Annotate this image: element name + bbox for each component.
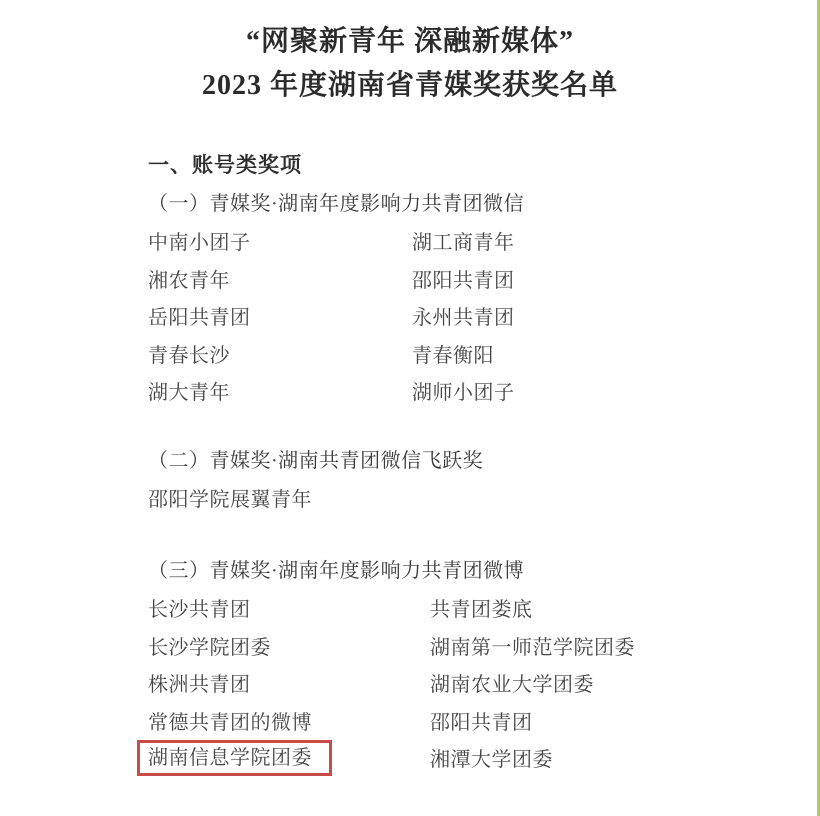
winner-name: 湘农青年 — [148, 264, 412, 293]
winner-name: 岳阳共青团 — [148, 301, 412, 330]
award-document-page: “网聚新青年 深融新媒体” 2023 年度湖南省青媒奖获奖名单 一、账号类奖项 … — [0, 0, 820, 816]
winner-row: 湖南信息学院团委 湘潭大学团委 — [148, 739, 820, 777]
winner-name: 湖大青年 — [148, 376, 412, 405]
winner-row: 岳阳共青团 永州共青团 — [148, 297, 820, 335]
winner-name: 共青团娄底 — [430, 593, 820, 622]
winner-row: 长沙学院团委 湖南第一师范学院团委 — [148, 627, 820, 665]
title-line-2: 2023 年度湖南省青媒奖获奖名单 — [0, 64, 820, 108]
winner-row: 株洲共青团 湖南农业大学团委 — [148, 664, 820, 702]
winner-cell-highlighted: 湖南信息学院团委 — [148, 740, 430, 776]
winner-name: 中南小团子 — [148, 226, 412, 255]
winner-name: 湖南农业大学团委 — [430, 668, 820, 697]
winner-name: 常德共青团的微博 — [148, 706, 430, 735]
winner-row: 邵阳学院展翼青年 — [148, 479, 820, 517]
winner-name: 永州共青团 — [412, 301, 820, 330]
document-body: 一、账号类奖项 （一）青媒奖·湖南年度影响力共青团微信 中南小团子 湖工商青年 … — [148, 153, 820, 777]
winner-row: 湘农青年 邵阳共青团 — [148, 260, 820, 298]
title-line-1: “网聚新青年 深融新媒体” — [0, 20, 820, 64]
winner-name: 株洲共青团 — [148, 668, 430, 697]
subsection-1-heading: （一）青媒奖·湖南年度影响力共青团微信 — [148, 191, 820, 217]
subsection-2-heading: （二）青媒奖·湖南共青团微信飞跃奖 — [148, 448, 820, 474]
winner-row: 湖大青年 湖师小团子 — [148, 372, 820, 410]
winner-name: 长沙学院团委 — [148, 631, 430, 660]
winner-name: 青春衡阳 — [412, 339, 820, 368]
winner-row: 长沙共青团 共青团娄底 — [148, 589, 820, 627]
subsection-3-winner-list: 长沙共青团 共青团娄底 长沙学院团委 湖南第一师范学院团委 株洲共青团 湖南农业… — [148, 589, 820, 777]
winner-name: 长沙共青团 — [148, 593, 430, 622]
subsection-1-winner-list: 中南小团子 湖工商青年 湘农青年 邵阳共青团 岳阳共青团 永州共青团 青春长沙 … — [148, 222, 820, 410]
document-title: “网聚新青年 深融新媒体” 2023 年度湖南省青媒奖获奖名单 — [0, 0, 820, 108]
winner-name: 邵阳共青团 — [430, 706, 820, 735]
subsection-3-heading: （三）青媒奖·湖南年度影响力共青团微博 — [148, 558, 820, 584]
winner-name: 湘潭大学团委 — [430, 743, 820, 772]
winner-name: 湖师小团子 — [412, 376, 820, 405]
winner-row: 中南小团子 湖工商青年 — [148, 222, 820, 260]
winner-name: 邵阳学院展翼青年 — [148, 483, 312, 512]
red-highlight-box: 湖南信息学院团委 — [137, 740, 332, 776]
winner-name: 湖南第一师范学院团委 — [430, 631, 820, 660]
winner-name: 青春长沙 — [148, 339, 412, 368]
category-heading: 一、账号类奖项 — [148, 153, 820, 177]
subsection-2-winner-list: 邵阳学院展翼青年 — [148, 479, 820, 517]
winner-name: 邵阳共青团 — [412, 264, 820, 293]
winner-row: 常德共青团的微博 邵阳共青团 — [148, 702, 820, 740]
winner-row: 青春长沙 青春衡阳 — [148, 335, 820, 373]
winner-name: 湖工商青年 — [412, 226, 820, 255]
